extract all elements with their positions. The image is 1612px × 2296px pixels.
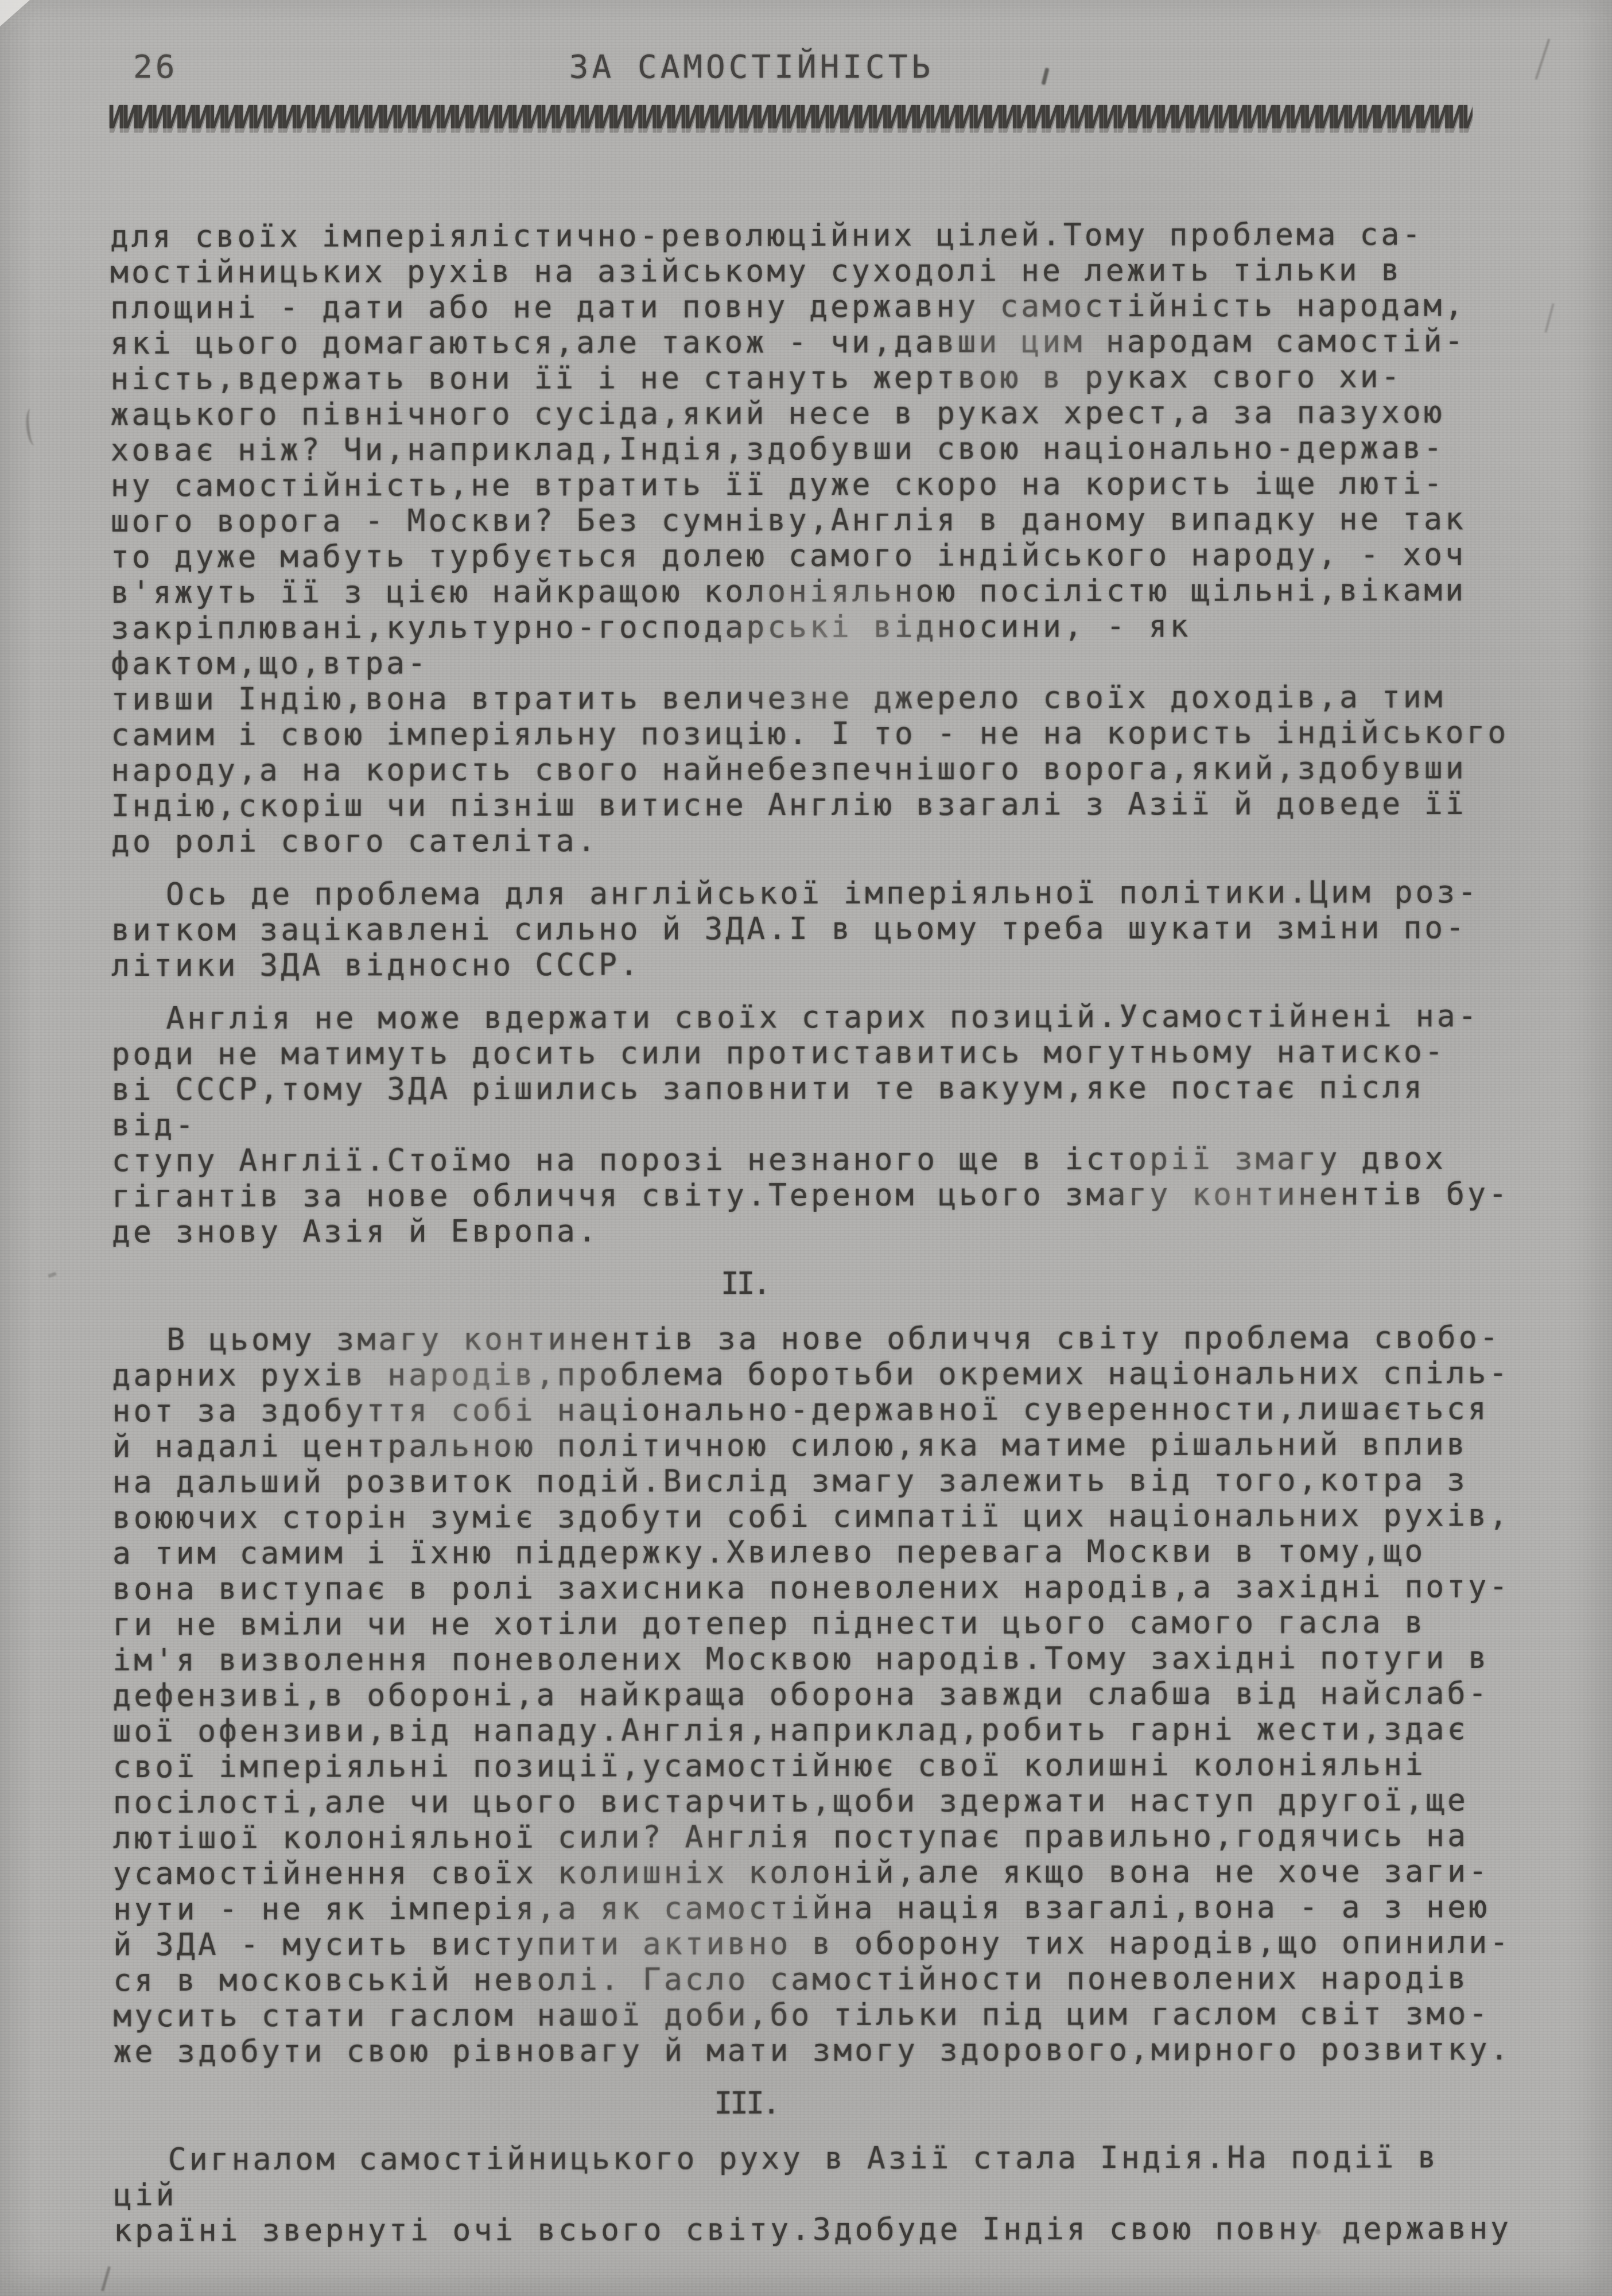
document-body: для своїх імперіялістично-революційних ц…: [110, 217, 1517, 2266]
scan-artifact: [1544, 303, 1554, 332]
section-heading-3: ІІІ.: [45, 2085, 1448, 2123]
paragraph-4: В цьому змагу континентів за нове обличч…: [112, 1320, 1516, 2070]
page-corner-notch: [0, 0, 30, 26]
paragraph-5: Сигналом самостійницького руху в Азії ст…: [114, 2140, 1517, 2249]
paragraph-1: для своїх імперіялістично-революційних ц…: [110, 217, 1514, 860]
page-title: ЗА САМОСТІЙНІСТЬ: [569, 48, 934, 86]
paragraph-2: Ось де проблема для англійської імперіял…: [111, 875, 1514, 984]
header-row: ЗА САМОСТІЙНІСТЬ: [0, 48, 1557, 86]
paragraph-3: Англія не може вдержати своїх старих поз…: [111, 999, 1515, 1250]
scanned-document-page: 26 ЗА САМОСТІЙНІСТЬ ИИИИИИИИИИИИИИИИИИИИ…: [0, 0, 1612, 2296]
divider-rule: ИИИИИИИИИИИИИИИИИИИИИИИИИИИИИИИИИИИИИИИИ…: [108, 99, 1473, 143]
scan-artifact: [101, 2266, 111, 2291]
scan-artifact: [25, 408, 41, 446]
section-heading-2: ІІ.: [43, 1265, 1446, 1303]
